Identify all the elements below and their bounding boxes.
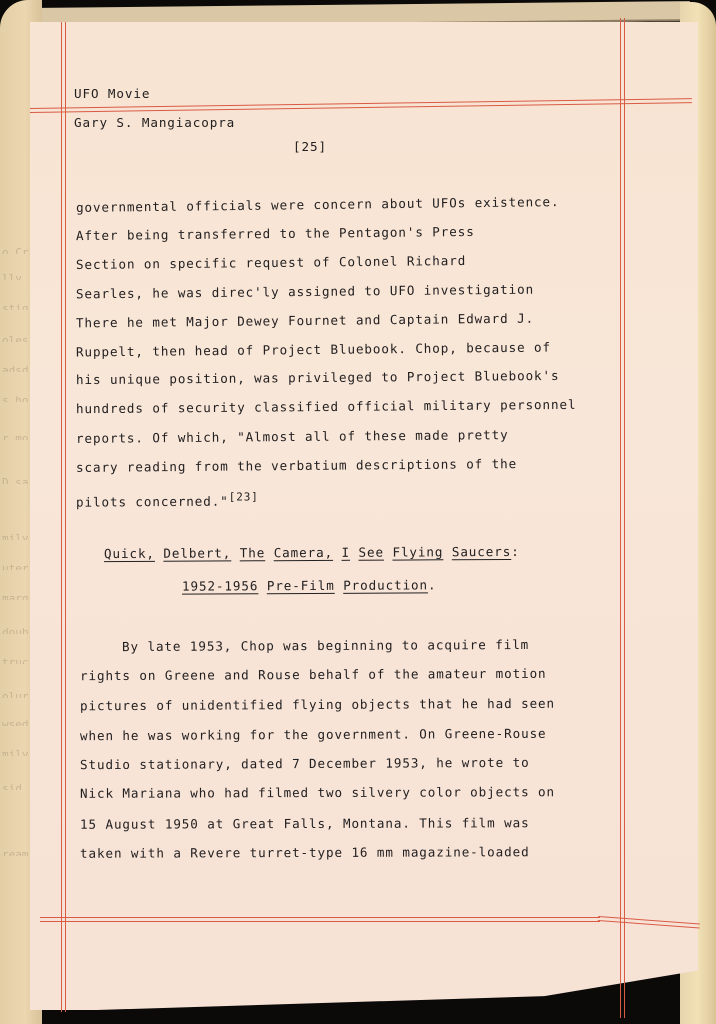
footnote-reference: [23] [229,490,259,503]
left-margin-rule [61,22,66,1012]
section-heading-line-1: Quick, Delbert, The Camera, I See Flying… [104,546,520,561]
body-line: taken with a Revere turret-type 16 mm ma… [80,846,530,860]
author-name: Gary S. Mangiacopra [74,117,235,130]
heading-word: See [358,545,384,560]
heading-word: Production [343,577,428,592]
heading-word: The [240,545,266,560]
body-line: when he was working for the government. … [80,728,547,743]
body-line: By late 1953, Chop was beginning to acqu… [122,639,529,654]
typed-page [30,22,698,1010]
bottom-margin-rule [40,917,600,922]
heading-punctuation: . [428,577,437,592]
body-line: Studio stationary, dated 7 December 1953… [80,757,530,772]
page-number: [25] [293,141,327,154]
body-line-text: pilots concerned." [76,494,229,510]
heading-word: Delbert, [163,545,231,560]
document-title: UFO Movie [74,88,150,101]
heading-word: I [341,545,350,560]
body-line-last: pilots concerned."[23] [76,491,259,509]
heading-word: Pre-Film [267,578,335,593]
right-margin-rule [620,18,625,1018]
body-line: Nick Mariana who had filmed two silvery … [80,786,555,800]
heading-word: Quick, [104,546,155,561]
heading-word: Camera, [274,545,333,560]
heading-word: Flying [392,544,443,559]
body-line: pictures of unidentified flying objects … [80,698,555,713]
body-line: 15 August 1950 at Great Falls, Montana. … [80,817,530,831]
heading-word: Saucers [452,544,511,559]
scanned-book-spread: o Cr lly stig oles adsd s,ho r mo D_sa m… [0,0,716,1024]
body-line: rights on Greene and Rouse behalf of the… [80,668,547,683]
heading-word: 1952-1956 [182,578,258,593]
heading-punctuation: : [511,544,520,559]
section-heading-line-2: 1952-1956 Pre-Film Production. [182,579,437,593]
